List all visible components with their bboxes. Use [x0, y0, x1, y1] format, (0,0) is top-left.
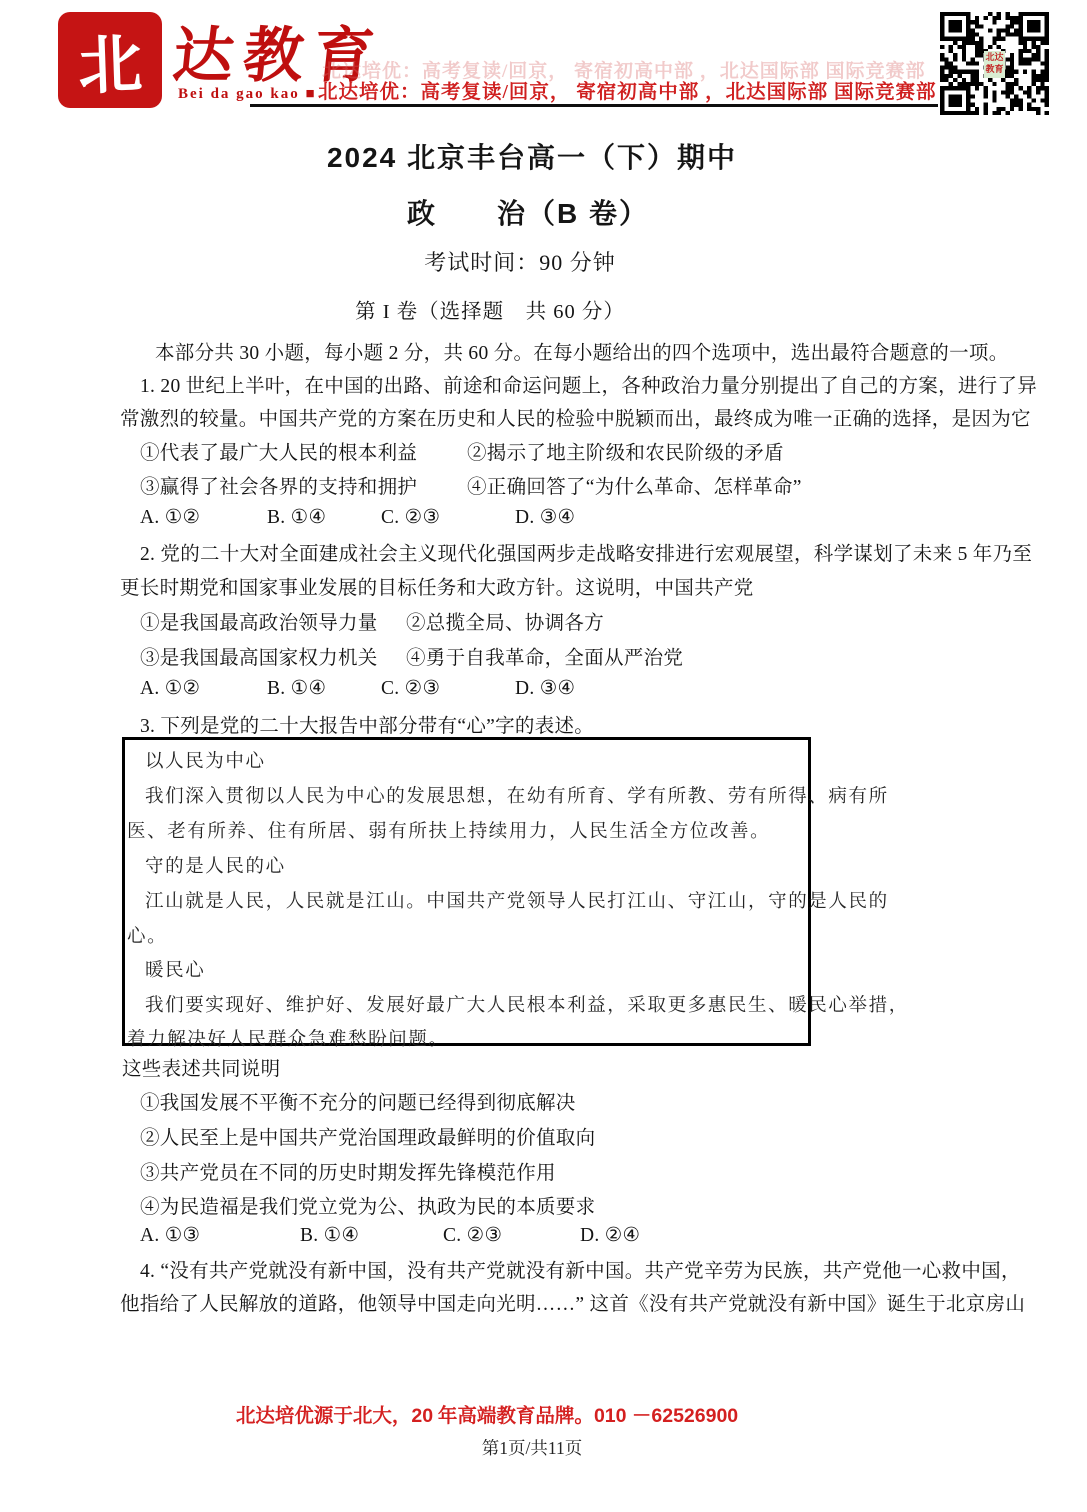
q3-followup: 这些表述共同说明 — [122, 1053, 280, 1081]
q3-item-1: ①我国发展不平衡不充分的问题已经得到彻底解决 — [140, 1087, 576, 1115]
brand-caption: Bei da gao kao ■ — [178, 86, 317, 103]
logo-seal-character: 北 — [76, 13, 143, 107]
q2-stem-line2: 更长时期党和国家事业发展的目标任务和大政方针。这说明，中国共产党 — [120, 572, 754, 600]
q3-box-heading-1: 以人民为中心 — [145, 747, 266, 773]
footer-phone-number: 010 －62526900 — [594, 1405, 738, 1427]
header-tagline: 北达培优：高考复读/回京， 寄宿初高中部 ，北达国际部 国际竞赛部 — [318, 76, 937, 104]
q3-box-para-3a: 我们要实现好、维护好、发展好最广大人民根本利益，采取更多惠民生、暖民心举措， — [145, 991, 909, 1017]
q3-quote-box: 以人民为中心 我们深入贯彻以人民为中心的发展思想，在幼有所育、学有所教、劳有所得… — [122, 737, 811, 1046]
q2-choice-d: D. ③④ — [515, 676, 575, 700]
q3-choice-a: A. ①③ — [140, 1223, 200, 1247]
q3-choice-d: D. ②④ — [580, 1223, 640, 1247]
q1-option-4: ④正确回答了“为什么革命、怎样革命” — [467, 471, 802, 499]
q1-stem-line2: 常激烈的较量。中国共产党的方案在历史和人民的检验中脱颖而出，最终成为唯一正确的选… — [120, 403, 1031, 431]
exam-title: 2024 北京丰台高一（下）期中 — [0, 136, 1064, 176]
q2-option-2: ②总揽全局、协调各方 — [406, 607, 604, 635]
q3-item-2: ②人民至上是中国共产党治国理政最鲜明的价值取向 — [140, 1122, 595, 1150]
q3-item-4: ④为民造福是我们党立党为公、执政为民的本质要求 — [140, 1191, 595, 1219]
qr-code: 北达 教育 — [940, 12, 1049, 115]
header-divider — [250, 104, 938, 107]
q1-choice-c: C. ②③ — [381, 505, 440, 529]
q1-option-pair-2: ③赢得了社会各界的支持和拥护 ④正确回答了“为什么革命、怎样革命” — [140, 471, 900, 497]
q3-stem: 3. 下列是党的二十大报告中部分带有“心”字的表述。 — [140, 710, 594, 738]
q3-choice-b: B. ①④ — [300, 1223, 359, 1247]
q2-choice-row: A. ①② B. ①④ C. ②③ D. ③④ — [140, 676, 900, 702]
q2-option-4: ④勇于自我革命，全面从严治党 — [406, 642, 683, 670]
q4-stem-line1: 4. “没有共产党就没有新中国，没有共产党就没有新中国。共产党辛劳为民族，共产党… — [140, 1255, 1021, 1283]
page: 北 达教育 Bei da gao kao ■ 北达培优：高考复读/回京， 寄宿初… — [0, 0, 1087, 1512]
q3-box-para-3b: 着力解决好人民群众急难愁盼问题。 — [127, 1025, 449, 1051]
footer-page-number: 第1页/共11页 — [0, 1435, 1064, 1460]
q2-option-3: ③是我国最高国家权力机关 — [140, 648, 378, 669]
q3-box-para-1a: 我们深入贯彻以人民为中心的发展思想，在幼有所育、学有所教、劳有所得、病有所 — [145, 782, 889, 808]
q2-choice-c: C. ②③ — [381, 676, 440, 700]
q1-choice-d: D. ③④ — [515, 505, 575, 529]
q4-stem-line2: 他指给了人民解放的道路，他领导中国走向光明……” 这首《没有共产党就没有新中国》… — [120, 1288, 1025, 1316]
q1-stem-line1: 1. 20 世纪上半叶，在中国的出路、前途和命运问题上，各种政治力量分别提出了自… — [140, 370, 1037, 398]
q2-choice-a: A. ①② — [140, 676, 200, 700]
exam-duration: 考试时间：90 分钟 — [0, 246, 1040, 277]
q1-option-pair-1: ①代表了最广大人民的根本利益 ②揭示了地主阶级和农民阶级的矛盾 — [140, 437, 900, 463]
q3-choice-row: A. ①③ B. ①④ C. ②③ D. ②④ — [140, 1223, 900, 1249]
q3-box-para-2a: 江山就是人民，人民就是江山。中国共产党领导人民打江山、守江山，守的是人民的 — [145, 887, 889, 913]
qr-center-label: 北达 教育 — [984, 51, 1005, 78]
q2-choice-b: B. ①④ — [267, 676, 326, 700]
section-heading: 第 I 卷（选择题 共 60 分） — [0, 294, 980, 324]
q1-option-1: ①代表了最广大人民的根本利益 — [140, 443, 417, 464]
q2-stem-line1: 2. 党的二十大对全面建成社会主义现代化强国两步走战略安排进行宏观展望，科学谋划… — [140, 538, 1032, 566]
footer-slogan: 北达培优源于北大，20 年高端教育品牌。010 －62526900 — [0, 1400, 974, 1428]
q2-option-pair-2: ③是我国最高国家权力机关 ④勇于自我革命，全面从严治党 — [140, 642, 900, 668]
q3-box-heading-3: 暖民心 — [145, 956, 205, 982]
q1-choice-b: B. ①④ — [267, 505, 326, 529]
footer-slogan-text-2: 年高端教育品牌。 — [433, 1406, 594, 1427]
footer-slogan-number-1: 20 — [411, 1405, 433, 1427]
q2-option-pair-1: ①是我国最高政治领导力量 ②总揽全局、协调各方 — [140, 607, 900, 633]
q3-item-3: ③共产党员在不同的历史时期发挥先锋模范作用 — [140, 1157, 556, 1185]
q3-box-para-1b: 医、老有所养、住有所居、弱有所扶上持续用力，人民生活全方位改善。 — [127, 817, 770, 843]
logo-seal: 北 — [60, 14, 160, 106]
footer-slogan-text-1: 北达培优源于北大， — [236, 1406, 412, 1427]
intro-paragraph: 本部分共 30 小题，每小题 2 分，共 60 分。在每小题给出的四个选项中，选… — [155, 337, 1009, 365]
qr-label-line2: 教育 — [984, 63, 1005, 75]
q2-option-1: ①是我国最高政治领导力量 — [140, 613, 378, 634]
q1-option-3: ③赢得了社会各界的支持和拥护 — [140, 477, 417, 498]
q1-choice-a: A. ①② — [140, 505, 200, 529]
subject-title: 政 治（B 卷） — [0, 192, 1056, 232]
q3-box-heading-2: 守的是人民的心 — [145, 852, 286, 878]
q3-choice-c: C. ②③ — [443, 1223, 502, 1247]
q1-choice-row: A. ①② B. ①④ C. ②③ D. ③④ — [140, 505, 900, 531]
q3-box-para-2b: 心。 — [127, 922, 167, 948]
q1-option-2: ②揭示了地主阶级和农民阶级的矛盾 — [467, 437, 784, 465]
qr-label-line1: 北达 — [984, 51, 1005, 63]
